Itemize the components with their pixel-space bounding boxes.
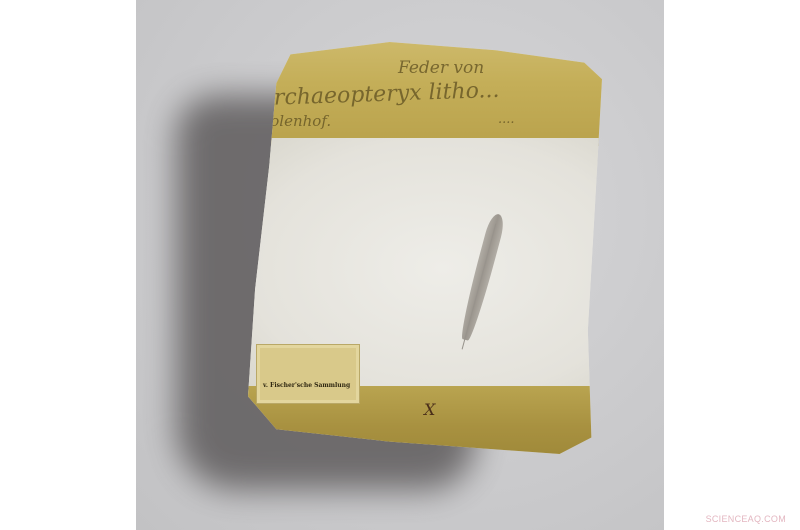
bottom-mark: X — [424, 400, 435, 419]
collection-label-text: v. Fischer'sche Sammlung — [263, 382, 350, 389]
handwriting-line-4: .... — [498, 112, 515, 127]
handwriting-line-1: Feder von — [398, 58, 484, 78]
watermark: SCIENCEAQ.COM — [706, 514, 786, 524]
top-label-band: Feder von Archaeopteryx litho... Solenho… — [248, 42, 602, 146]
photo: Feder von Archaeopteryx litho... Solenho… — [136, 0, 664, 530]
fossil-slab: Feder von Archaeopteryx litho... Solenho… — [248, 42, 602, 454]
collection-label: v. Fischer'sche Sammlung — [256, 344, 360, 404]
handwriting-line-2: Archaeopteryx litho... — [258, 78, 500, 111]
